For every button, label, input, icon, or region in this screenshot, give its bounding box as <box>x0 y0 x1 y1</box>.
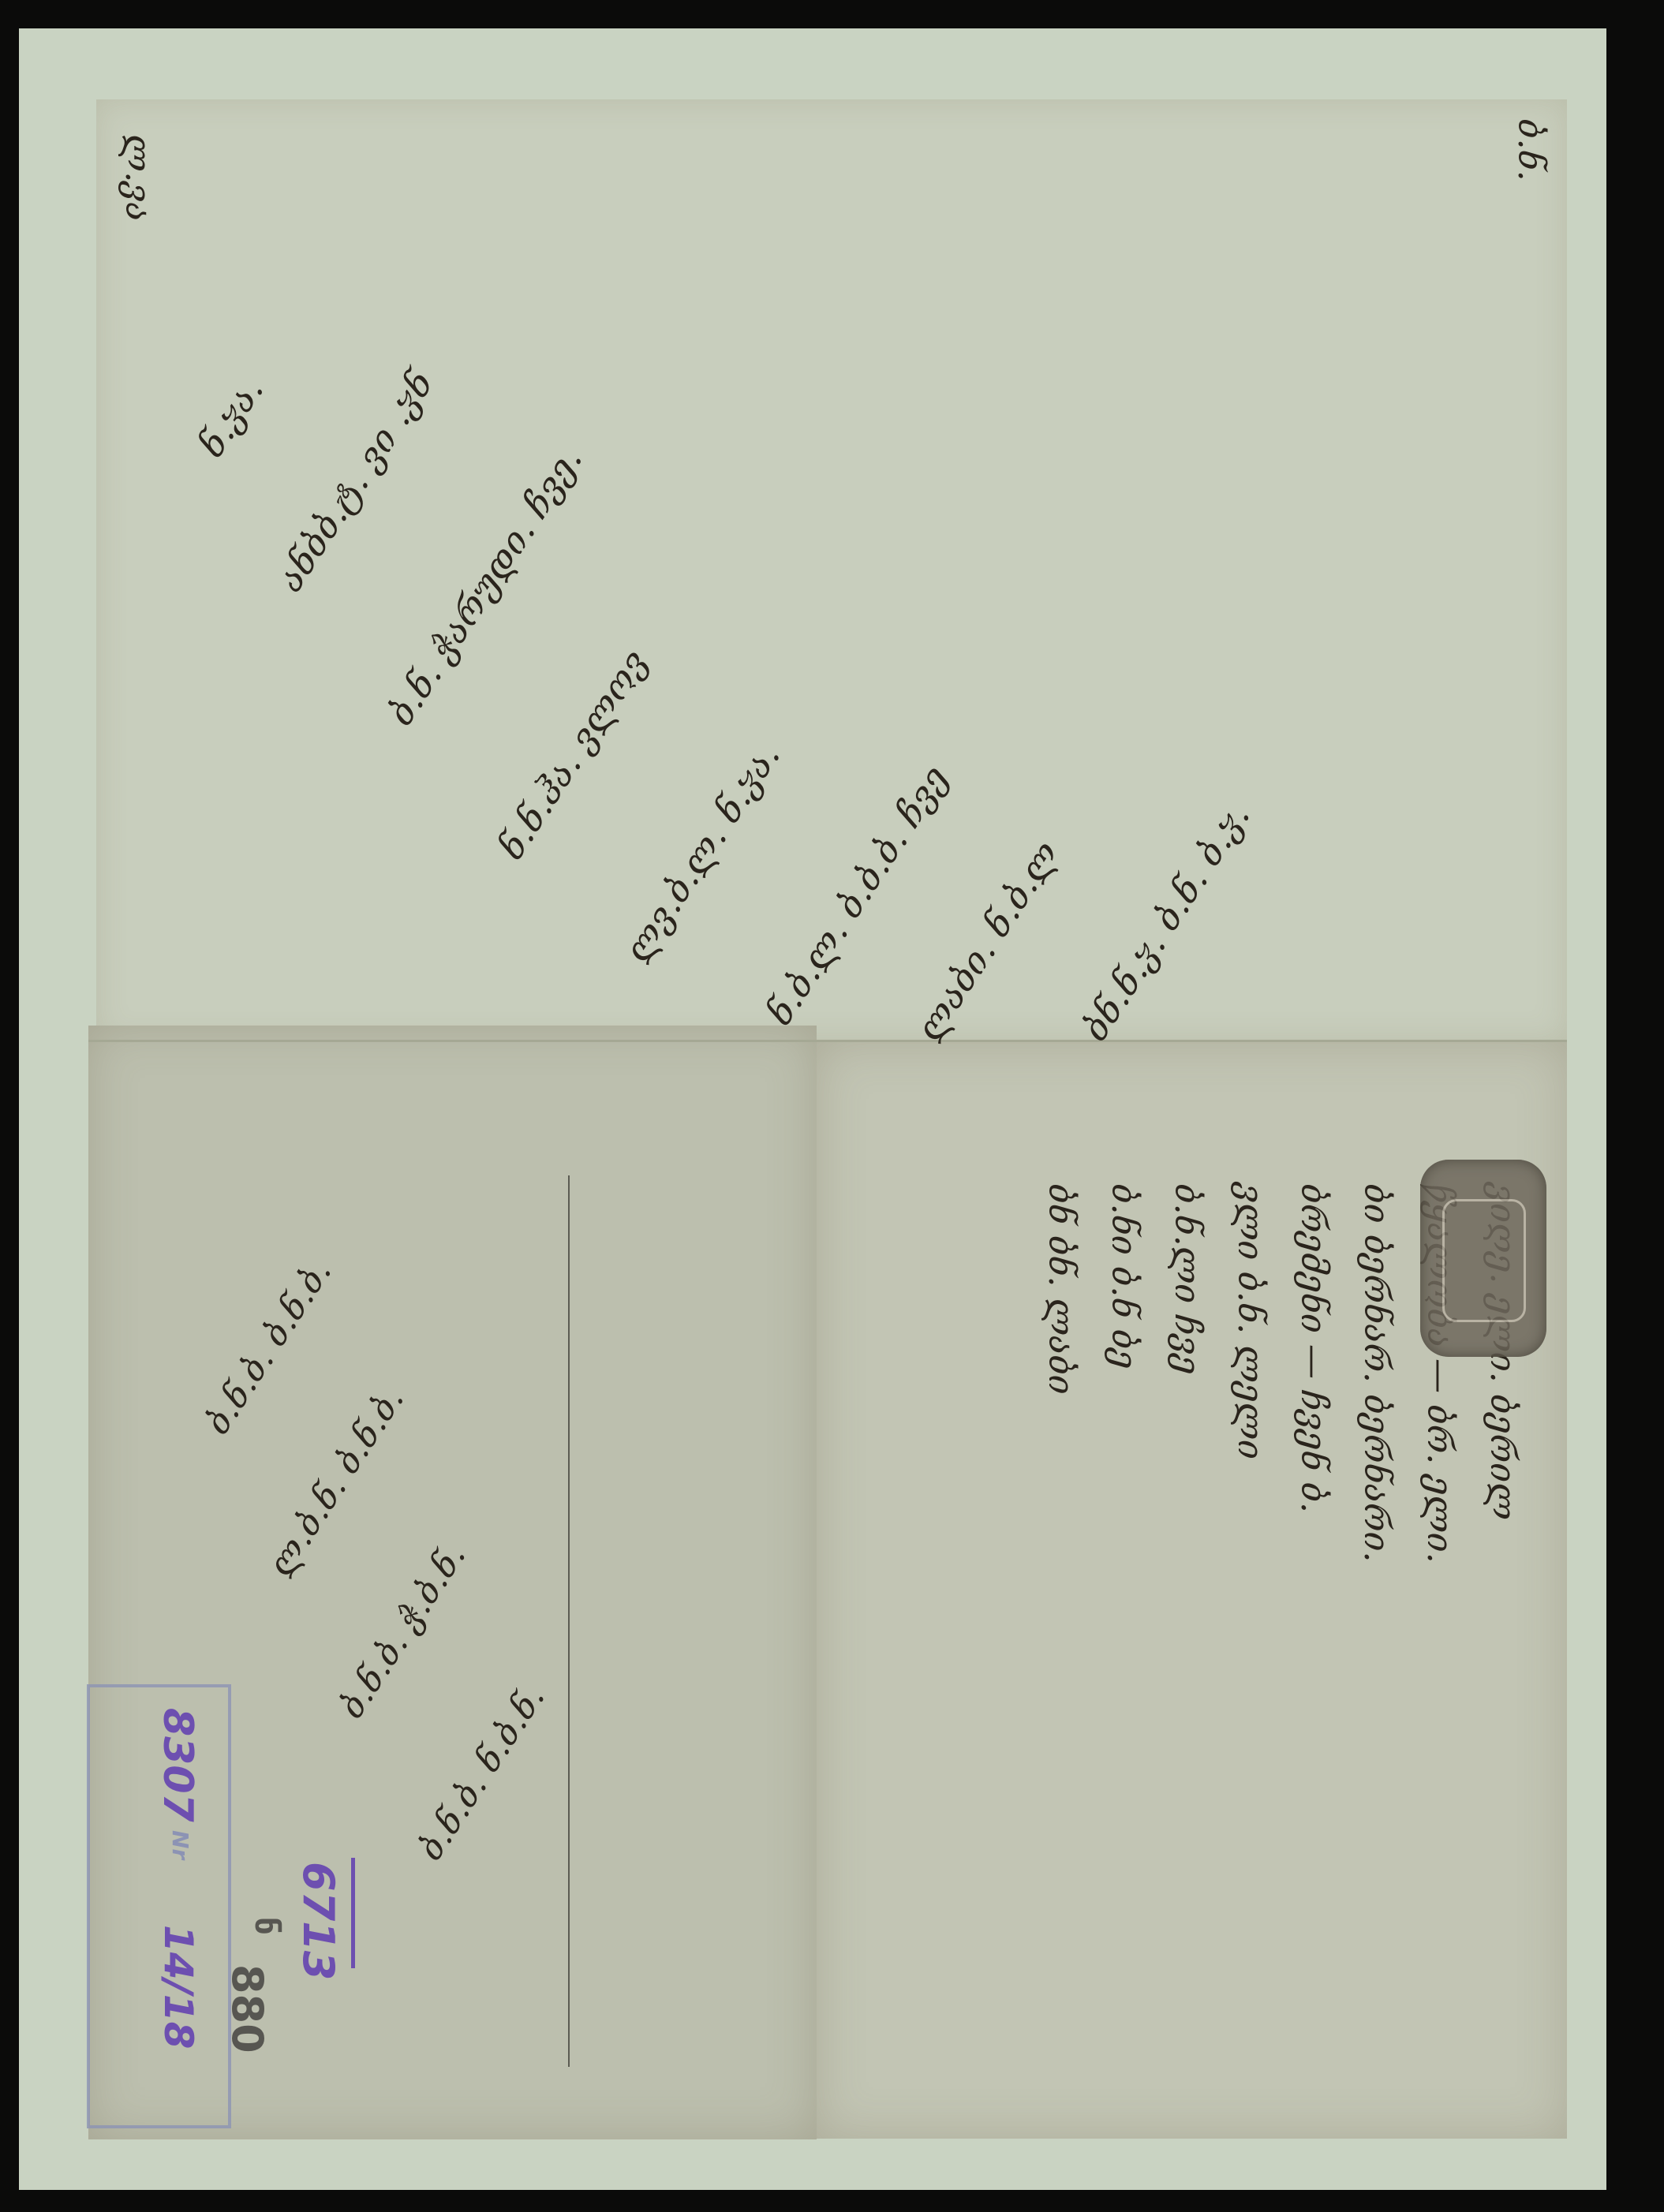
corner-mark-top-left: ლ.ვა <box>118 134 158 222</box>
wax-seal-impression <box>1420 1160 1546 1357</box>
fold-line <box>88 1040 1567 1042</box>
corner-mark-top-right: ბ.ნ. <box>1510 118 1550 181</box>
margin-rule <box>568 1175 570 2067</box>
bottom-right-line-3: ბი ბერნარ. ბერნარი. <box>1356 1183 1397 1563</box>
bottom-right-line-8: ბნ ბნ. ლაბი <box>1041 1183 1081 1395</box>
catalog-underline <box>351 1858 355 1968</box>
archive-stamp-label: Nr <box>167 1830 193 1859</box>
bottom-right-line-4: ბრემენი — ჩვენ ბ. <box>1293 1183 1333 1513</box>
bottom-right-line-6: ბ.ნ.ლი ჩვე <box>1167 1183 1207 1374</box>
seal-emblem-icon <box>1442 1199 1526 1322</box>
archive-stamp-fraction: 14/18 <box>155 1925 201 2049</box>
bottom-right-line-7: ბ.ნი ბ.ნ ბე <box>1104 1183 1144 1369</box>
catalog-number: 6713 <box>294 1862 343 1980</box>
bottom-right-line-5: ვლი ბ.ნ. ლელი <box>1230 1183 1270 1459</box>
pencil-number: 880 <box>222 1964 272 2053</box>
archive-stamp-number: 8307 <box>154 1708 201 1822</box>
pencil-mark: ნ <box>248 1917 284 1935</box>
